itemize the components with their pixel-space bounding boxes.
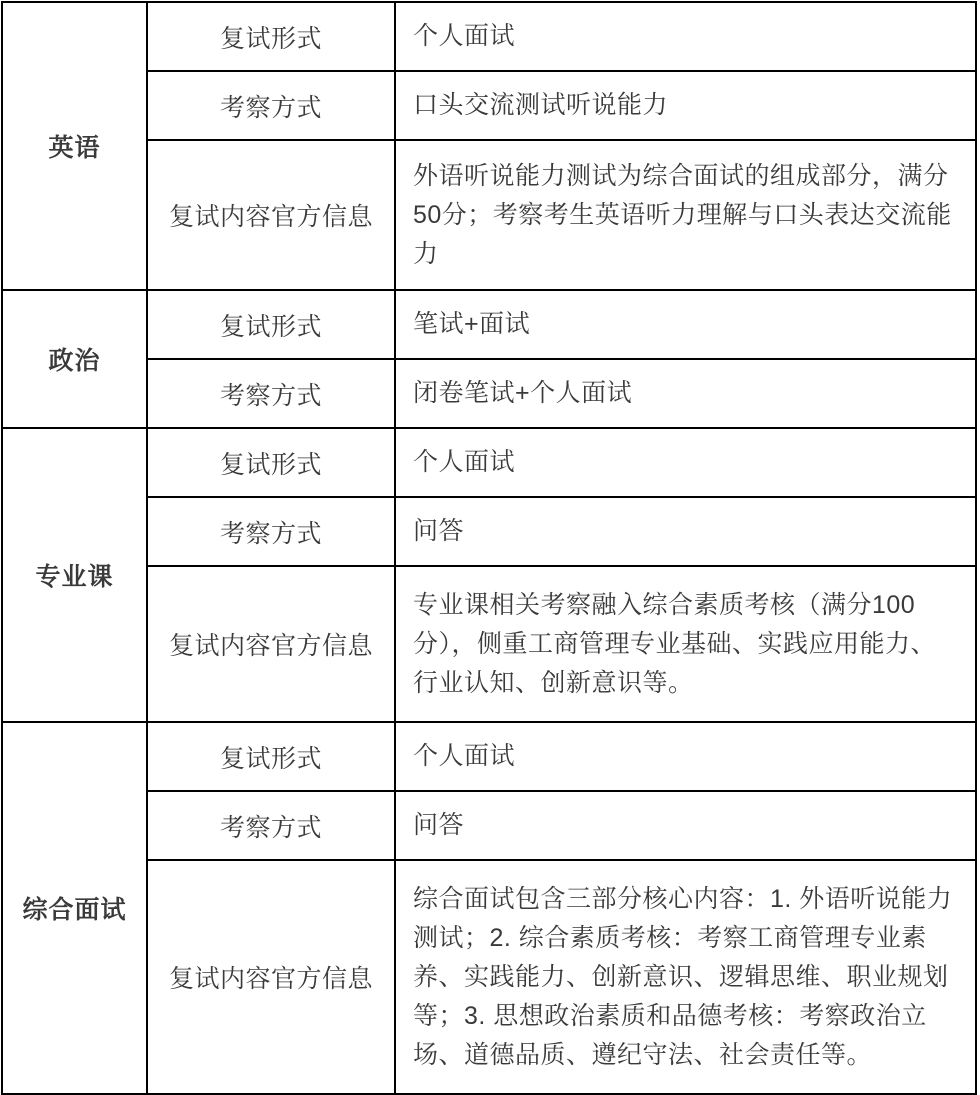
label-cell: 考察方式 xyxy=(147,71,395,140)
table-row: 考察方式 闭卷笔试+个人面试 xyxy=(2,359,976,428)
label-cell: 考察方式 xyxy=(147,497,395,566)
table-row: 考察方式 问答 xyxy=(2,497,976,566)
label-cell: 复试形式 xyxy=(147,2,395,71)
label-cell: 复试内容官方信息 xyxy=(147,566,395,722)
value-cell: 问答 xyxy=(395,497,976,566)
table-row: 综合面试 复试形式 个人面试 xyxy=(2,722,976,791)
table-row: 政治 复试形式 笔试+面试 xyxy=(2,290,976,359)
subject-cell-comprehensive-interview: 综合面试 xyxy=(2,722,147,1094)
label-cell: 复试形式 xyxy=(147,722,395,791)
value-cell: 个人面试 xyxy=(395,428,976,497)
value-cell: 口头交流测试听说能力 xyxy=(395,71,976,140)
table-row: 专业课 复试形式 个人面试 xyxy=(2,428,976,497)
page: 英语 复试形式 个人面试 考察方式 口头交流测试听说能力 复试内容官方信息 外语… xyxy=(0,0,980,1080)
value-cell: 外语听说能力测试为综合面试的组成部分，满分50分；考察考生英语听力理解与口头表达… xyxy=(395,140,976,290)
table-row: 考察方式 口头交流测试听说能力 xyxy=(2,71,976,140)
label-cell: 复试形式 xyxy=(147,428,395,497)
table-row: 复试内容官方信息 专业课相关考察融入综合素质考核（满分100分），侧重工商管理专… xyxy=(2,566,976,722)
value-cell: 综合面试包含三部分核心内容：1. 外语听说能力测试；2. 综合素质考核：考察工商… xyxy=(395,860,976,1094)
subject-cell-politics: 政治 xyxy=(2,290,147,428)
label-cell: 考察方式 xyxy=(147,359,395,428)
value-cell: 个人面试 xyxy=(395,722,976,791)
label-cell: 考察方式 xyxy=(147,791,395,860)
value-cell: 闭卷笔试+个人面试 xyxy=(395,359,976,428)
table-row: 复试内容官方信息 外语听说能力测试为综合面试的组成部分，满分50分；考察考生英语… xyxy=(2,140,976,290)
table-row: 复试内容官方信息 综合面试包含三部分核心内容：1. 外语听说能力测试；2. 综合… xyxy=(2,860,976,1094)
label-cell: 复试形式 xyxy=(147,290,395,359)
value-cell: 笔试+面试 xyxy=(395,290,976,359)
label-cell: 复试内容官方信息 xyxy=(147,860,395,1094)
value-cell: 个人面试 xyxy=(395,2,976,71)
value-cell: 专业课相关考察融入综合素质考核（满分100分），侧重工商管理专业基础、实践应用能… xyxy=(395,566,976,722)
subject-cell-english: 英语 xyxy=(2,2,147,290)
value-cell: 问答 xyxy=(395,791,976,860)
review-info-table: 英语 复试形式 个人面试 考察方式 口头交流测试听说能力 复试内容官方信息 外语… xyxy=(1,1,977,1095)
table-row: 英语 复试形式 个人面试 xyxy=(2,2,976,71)
table-row: 考察方式 问答 xyxy=(2,791,976,860)
label-cell: 复试内容官方信息 xyxy=(147,140,395,290)
subject-cell-major-course: 专业课 xyxy=(2,428,147,722)
